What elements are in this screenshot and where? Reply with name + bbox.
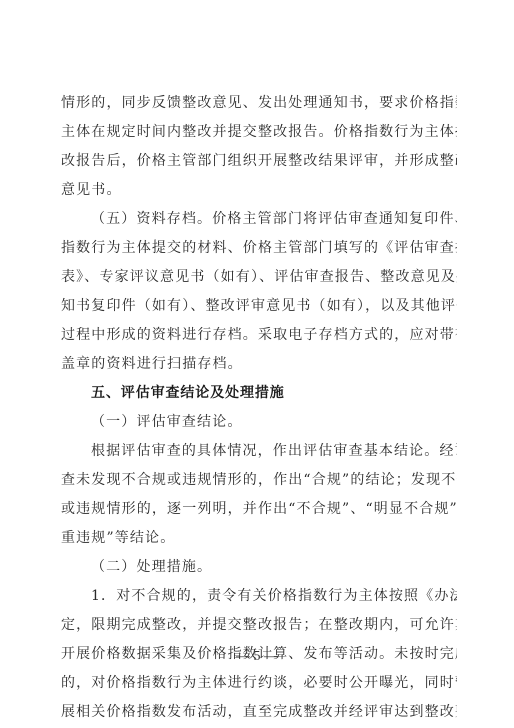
text-line: 表》、专家评议意见书（如有）、评估审查报告、整改意见及处理通 [61, 266, 457, 295]
text-line: 情形的，同步反馈整改意见、发出处理通知书，要求价格指数行为 [61, 92, 457, 121]
text-line: 指数行为主体提交的材料、价格主管部门填写的《评估审查指标 [61, 237, 457, 266]
text-line: 重违规”等结论。 [61, 527, 457, 556]
subsection-five-archiving: （五）资料存档。价格主管部门将评估审查通知复印件、价格 [61, 208, 457, 237]
subsection-heading: （一）评估审查结论。 [61, 411, 457, 440]
text-line: 主体在规定时间内整改并提交整改报告。价格指数行为主体提交整 [61, 121, 457, 150]
text-line: 改报告后，价格主管部门组织开展整改结果评审，并形成整改评审 [61, 150, 457, 179]
text-line: 盖章的资料进行扫描存档。 [61, 353, 457, 382]
text-line: 根据评估审查的具体情况，作出评估审查基本结论。经评估审 [61, 440, 457, 469]
text-line: 或违规情形的，逐一列明，并作出“不合规”、“明显不合规”、“严 [61, 498, 457, 527]
subsection-heading: （二）处理措施。 [61, 556, 457, 585]
document-body: 情形的，同步反馈整改意见、发出处理通知书，要求价格指数行为 主体在规定时间内整改… [61, 92, 457, 728]
text-line: 知书复印件（如有）、整改评审意见书（如有），以及其他评估审查 [61, 295, 457, 324]
page-number: — 5 — [0, 649, 514, 665]
text-line: 意见书。 [61, 179, 457, 208]
text-line: 定，限期完成整改，并提交整改报告；在整改期内，可允许其继续 [61, 614, 457, 643]
text-line: 查未发现不合规或违规情形的，作出“合规”的结论；发现不合规 [61, 469, 457, 498]
section-heading: 五、评估审查结论及处理措施 [61, 382, 457, 411]
text-line: 展相关价格指数发布活动，直至完成整改并经评审达到整改要求 [61, 701, 457, 728]
list-item: 1．对不合规的，责令有关价格指数行为主体按照《办法》规 [61, 585, 457, 614]
text-line: 的，对价格指数行为主体进行约谈，必要时公开曝光，同时暂停开 [61, 672, 457, 701]
text-line: 过程中形成的资料进行存档。采取电子存档方式的，应对带有签字、 [61, 324, 457, 353]
